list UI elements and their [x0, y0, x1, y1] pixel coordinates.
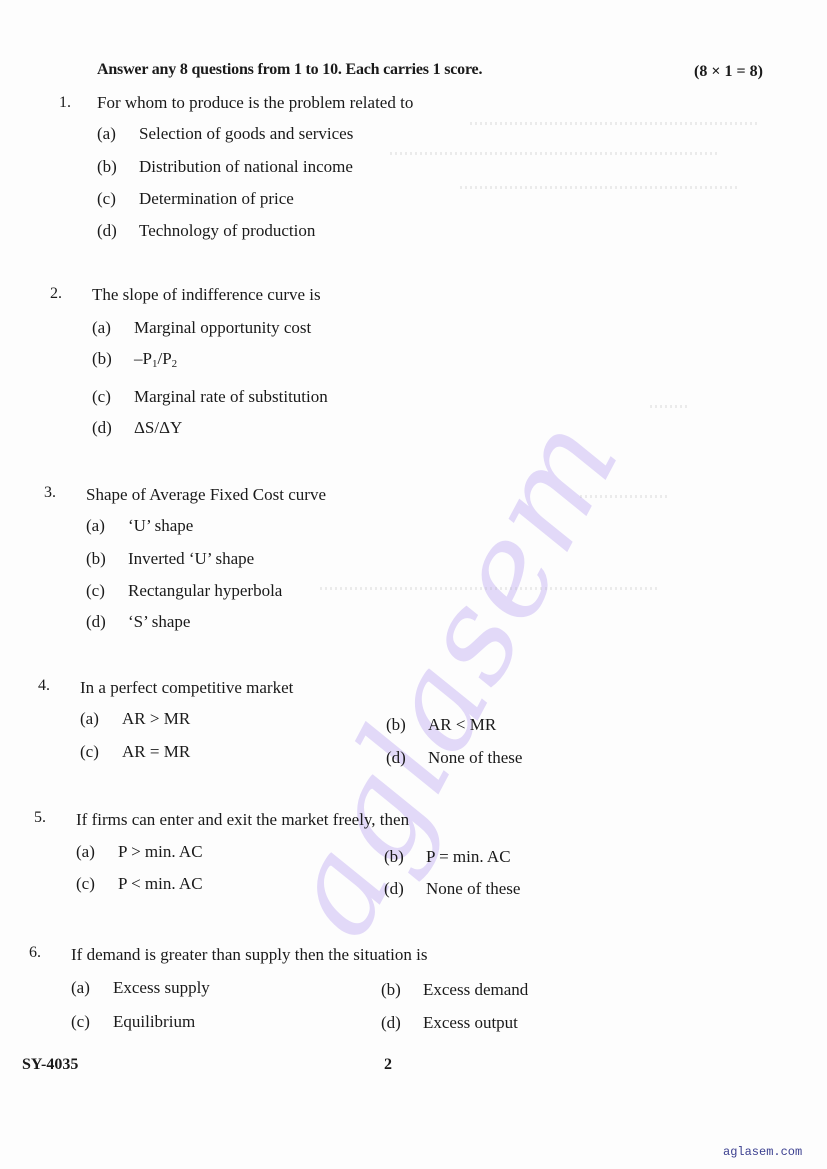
option-label: (a) — [92, 318, 134, 338]
option-label: (c) — [97, 189, 139, 209]
option-text: Marginal opportunity cost — [134, 318, 311, 337]
option-d: (d)Technology of production — [97, 221, 315, 241]
option-text: Marginal rate of substitution — [134, 387, 328, 406]
option-d: (d)None of these — [384, 879, 520, 899]
question-number: 1. — [59, 94, 71, 112]
option-label: (b) — [381, 980, 423, 1000]
option-label: (a) — [71, 978, 113, 998]
option-label: (b) — [386, 715, 428, 735]
option-text: Determination of price — [139, 189, 294, 208]
option-d: (d)Excess output — [381, 1013, 518, 1033]
option-text: ‘S’ shape — [128, 612, 190, 631]
option-text: P > min. AC — [118, 842, 203, 861]
option-label: (b) — [92, 349, 134, 369]
watermark: aglasem — [252, 393, 649, 959]
paper-code: SY-4035 — [22, 1056, 78, 1074]
marks-allocation: (8 × 1 = 8) — [694, 63, 763, 81]
option-text: ΔS/ΔY — [134, 418, 182, 437]
question-text: In a perfect competitive market — [80, 678, 293, 698]
question-number: 4. — [38, 677, 50, 695]
option-label: (d) — [386, 748, 428, 768]
question-number: 5. — [34, 809, 46, 827]
scan-noise — [320, 587, 660, 590]
option-c: (c)Determination of price — [97, 189, 294, 209]
scan-noise — [460, 186, 740, 189]
option-label: (a) — [86, 516, 128, 536]
option-label: (d) — [92, 418, 134, 438]
question-text: If firms can enter and exit the market f… — [76, 810, 409, 830]
option-label: (d) — [86, 612, 128, 632]
option-c: (c)Marginal rate of substitution — [92, 387, 328, 407]
scan-noise — [390, 152, 720, 155]
option-label: (b) — [86, 549, 128, 569]
option-text: Selection of goods and services — [139, 124, 353, 143]
option-label: (c) — [71, 1012, 113, 1032]
option-text: Technology of production — [139, 221, 315, 240]
site-link[interactable]: aglasem.com — [723, 1145, 802, 1159]
option-text: Inverted ‘U’ shape — [128, 549, 254, 568]
option-label: (a) — [97, 124, 139, 144]
question-text: If demand is greater than supply then th… — [71, 945, 427, 965]
scan-noise — [650, 405, 690, 408]
option-c: (c)P < min. AC — [76, 874, 203, 894]
option-a: (a)‘U’ shape — [86, 516, 193, 536]
option-text: AR = MR — [122, 742, 190, 761]
option-b: (b)Inverted ‘U’ shape — [86, 549, 254, 569]
option-label: (c) — [92, 387, 134, 407]
option-b: (b)Distribution of national income — [97, 157, 353, 177]
option-text: AR > MR — [122, 709, 190, 728]
option-label: (a) — [76, 842, 118, 862]
option-text: P = min. AC — [426, 847, 511, 866]
option-label: (b) — [384, 847, 426, 867]
page-number: 2 — [384, 1056, 392, 1074]
question-number: 3. — [44, 484, 56, 502]
question-text: For whom to produce is the problem relat… — [97, 93, 413, 113]
option-text: None of these — [426, 879, 520, 898]
scan-noise — [470, 122, 760, 125]
exam-page: aglasem Answer any 8 questions from 1 to… — [0, 0, 827, 1169]
option-c: (c)Equilibrium — [71, 1012, 195, 1032]
option-a: (a)Excess supply — [71, 978, 210, 998]
option-text: P < min. AC — [118, 874, 203, 893]
option-label: (c) — [80, 742, 122, 762]
question-number: 2. — [50, 285, 62, 303]
option-b: (b)P = min. AC — [384, 847, 511, 867]
option-b: (b)–P1/P2 — [92, 349, 177, 370]
option-label: (c) — [76, 874, 118, 894]
question-number: 6. — [29, 944, 41, 962]
instructions: Answer any 8 questions from 1 to 10. Eac… — [97, 61, 482, 79]
option-label: (d) — [97, 221, 139, 241]
option-b: (b)AR < MR — [386, 715, 496, 735]
option-a: (a)P > min. AC — [76, 842, 203, 862]
option-text: ‘U’ shape — [128, 516, 193, 535]
option-text: Excess supply — [113, 978, 210, 997]
option-label: (c) — [86, 581, 128, 601]
option-a: (a)AR > MR — [80, 709, 190, 729]
option-b: (b)Excess demand — [381, 980, 528, 1000]
option-c: (c)AR = MR — [80, 742, 190, 762]
option-text: –P1/P2 — [134, 349, 177, 368]
question-text: The slope of indifference curve is — [92, 285, 321, 305]
option-label: (b) — [97, 157, 139, 177]
option-text: Excess output — [423, 1013, 518, 1032]
option-text: AR < MR — [428, 715, 496, 734]
option-d: (d)‘S’ shape — [86, 612, 190, 632]
option-a: (a)Selection of goods and services — [97, 124, 353, 144]
option-label: (a) — [80, 709, 122, 729]
option-d: (d)ΔS/ΔY — [92, 418, 182, 438]
option-text: Equilibrium — [113, 1012, 195, 1031]
option-text: Distribution of national income — [139, 157, 353, 176]
scan-noise — [580, 495, 670, 498]
option-text: Rectangular hyperbola — [128, 581, 282, 600]
question-text: Shape of Average Fixed Cost curve — [86, 485, 326, 505]
option-c: (c)Rectangular hyperbola — [86, 581, 282, 601]
option-a: (a)Marginal opportunity cost — [92, 318, 311, 338]
option-label: (d) — [381, 1013, 423, 1033]
option-text: Excess demand — [423, 980, 528, 999]
option-d: (d)None of these — [386, 748, 522, 768]
option-text: None of these — [428, 748, 522, 767]
option-label: (d) — [384, 879, 426, 899]
